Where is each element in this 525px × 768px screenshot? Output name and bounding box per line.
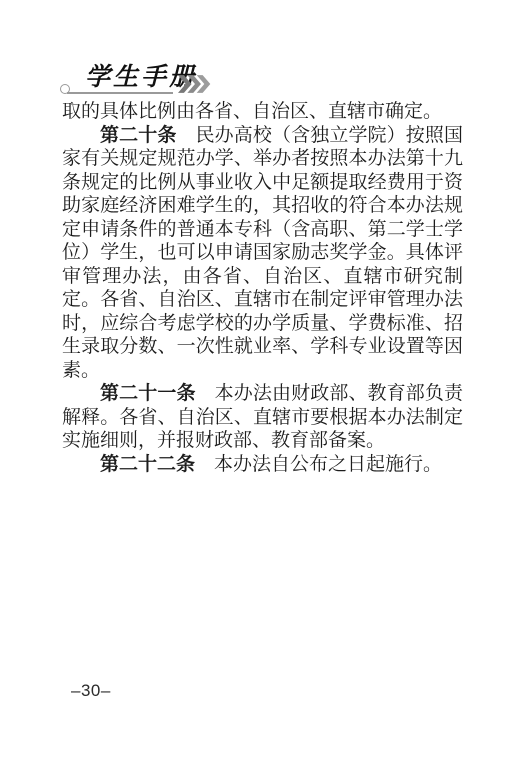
article-number: 第二十二条 [100, 454, 195, 475]
paragraph-article-20: 第二十条 民办高校（含独立学院）按照国家有关规定规范办学、举办者按照本办法第十九… [62, 124, 463, 383]
article-number: 第二十条 [100, 125, 176, 146]
paragraph-text: 民办高校（含独立学院）按照国家有关规定规范办学、举办者按照本办法第十九条规定的比… [62, 125, 463, 381]
paragraph-article-21: 第二十一条 本办法由财政部、教育部负责解释。各省、自治区、直辖市要根据本办法制定… [62, 382, 463, 453]
header-underline [67, 92, 173, 94]
paragraph-text: 本办法自公布之日起施行。 [195, 454, 442, 475]
page-number: –30– [71, 681, 111, 700]
page-header: 学生手册 [60, 64, 462, 98]
article-number: 第二十一条 [100, 383, 196, 404]
paragraph-continuation: 取的具体比例由各省、自治区、直辖市确定。 [62, 100, 463, 124]
paragraph-article-22: 第二十二条 本办法自公布之日起施行。 [62, 453, 463, 477]
handbook-page: 学生手册 取的具体比例由各省、自治区、直辖市确定。 第二十条 民办高校（含独立学… [0, 0, 525, 768]
document-body: 取的具体比例由各省、自治区、直辖市确定。 第二十条 民办高校（含独立学院）按照国… [62, 100, 463, 476]
paragraph-text: 取的具体比例由各省、自治区、直辖市确定。 [62, 101, 442, 122]
triple-right-chevron-icon [178, 75, 212, 93]
page-footer: –30– [71, 682, 111, 699]
